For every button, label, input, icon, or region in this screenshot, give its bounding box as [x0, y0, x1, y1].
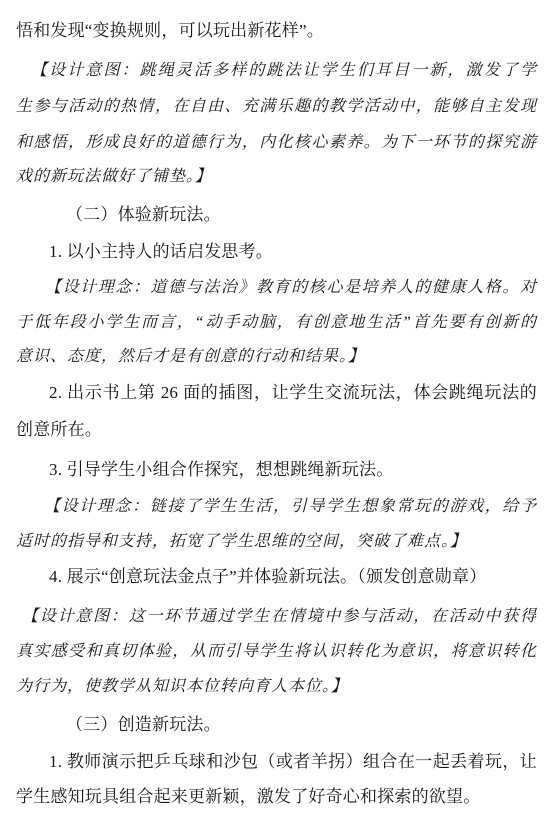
numbered-item-line: 1. 教师演示把乒乓球和沙包（或者羊拐）组合在一起丢着玩，让	[16, 744, 537, 780]
design-note-line: 【设计意图：跳绳灵活多样的跳法让学生们耳目一新，激发了学	[16, 53, 537, 89]
design-note-line: 适时的指导和支持，拓宽了学生思维的空间，突破了难点。】	[16, 524, 537, 560]
numbered-item-line: 4. 展示“创意玩法金点子”并体验新玩法。（颁发创意勋章）	[16, 559, 537, 595]
section-heading-3: （三）创造新玩法。	[16, 707, 537, 743]
design-note-line: 【设计理念：链接了学生生活，引导学生想象常玩的游戏，给予	[16, 489, 537, 525]
design-note-line: 【设计理念：道德与法治》教育的核心是培养人的健康人格。对	[16, 270, 537, 306]
design-note-line: 真实感受和真切体验，从而引导学生将认识转化为意识，将意识转化	[16, 634, 537, 670]
section-heading-2: （二）体验新玩法。	[16, 197, 537, 233]
design-note-line: 和感悟，形成良好的道德行为，内化核心素养。为下一环节的探究游	[16, 125, 537, 161]
numbered-item-line: 3. 引导学生小组合作探究，想想跳绳新玩法。	[16, 452, 537, 488]
design-note-line: 意识、态度，然后才是有创意的行动和结果。】	[16, 339, 537, 375]
design-note-line: 戏的新玩法做好了铺垫。】	[16, 159, 537, 195]
numbered-item-line: 1. 以小主持人的话启发思考。	[16, 234, 537, 270]
design-note-line: 为行为，使教学从知识本位转向育人本位。】	[16, 669, 537, 705]
body-text-line: 学生感知玩具组合起来更新颖，激发了好奇心和探索的欲望。	[16, 779, 537, 815]
body-text-line: 悟和发现“变换规则，可以玩出新花样”。	[16, 13, 537, 49]
design-note-line: 【设计意图：这一环节通过学生在情境中参与活动，在活动中获得	[16, 599, 537, 635]
design-note-line: 于低年段小学生而言，“动手动脑，有创意地生活”首先要有创新的	[16, 305, 537, 341]
body-text-line: 创意所在。	[16, 412, 537, 448]
design-note-line: 生参与活动的热情，在自由、充满乐趣的教学活动中，能够自主发现	[16, 89, 537, 125]
numbered-item-line: 2. 出示书上第 26 面的插图，让学生交流玩法，体会跳绳玩法的	[16, 375, 537, 411]
document-page: 悟和发现“变换规则，可以玩出新花样”。 【设计意图：跳绳灵活多样的跳法让学生们耳…	[0, 0, 554, 820]
